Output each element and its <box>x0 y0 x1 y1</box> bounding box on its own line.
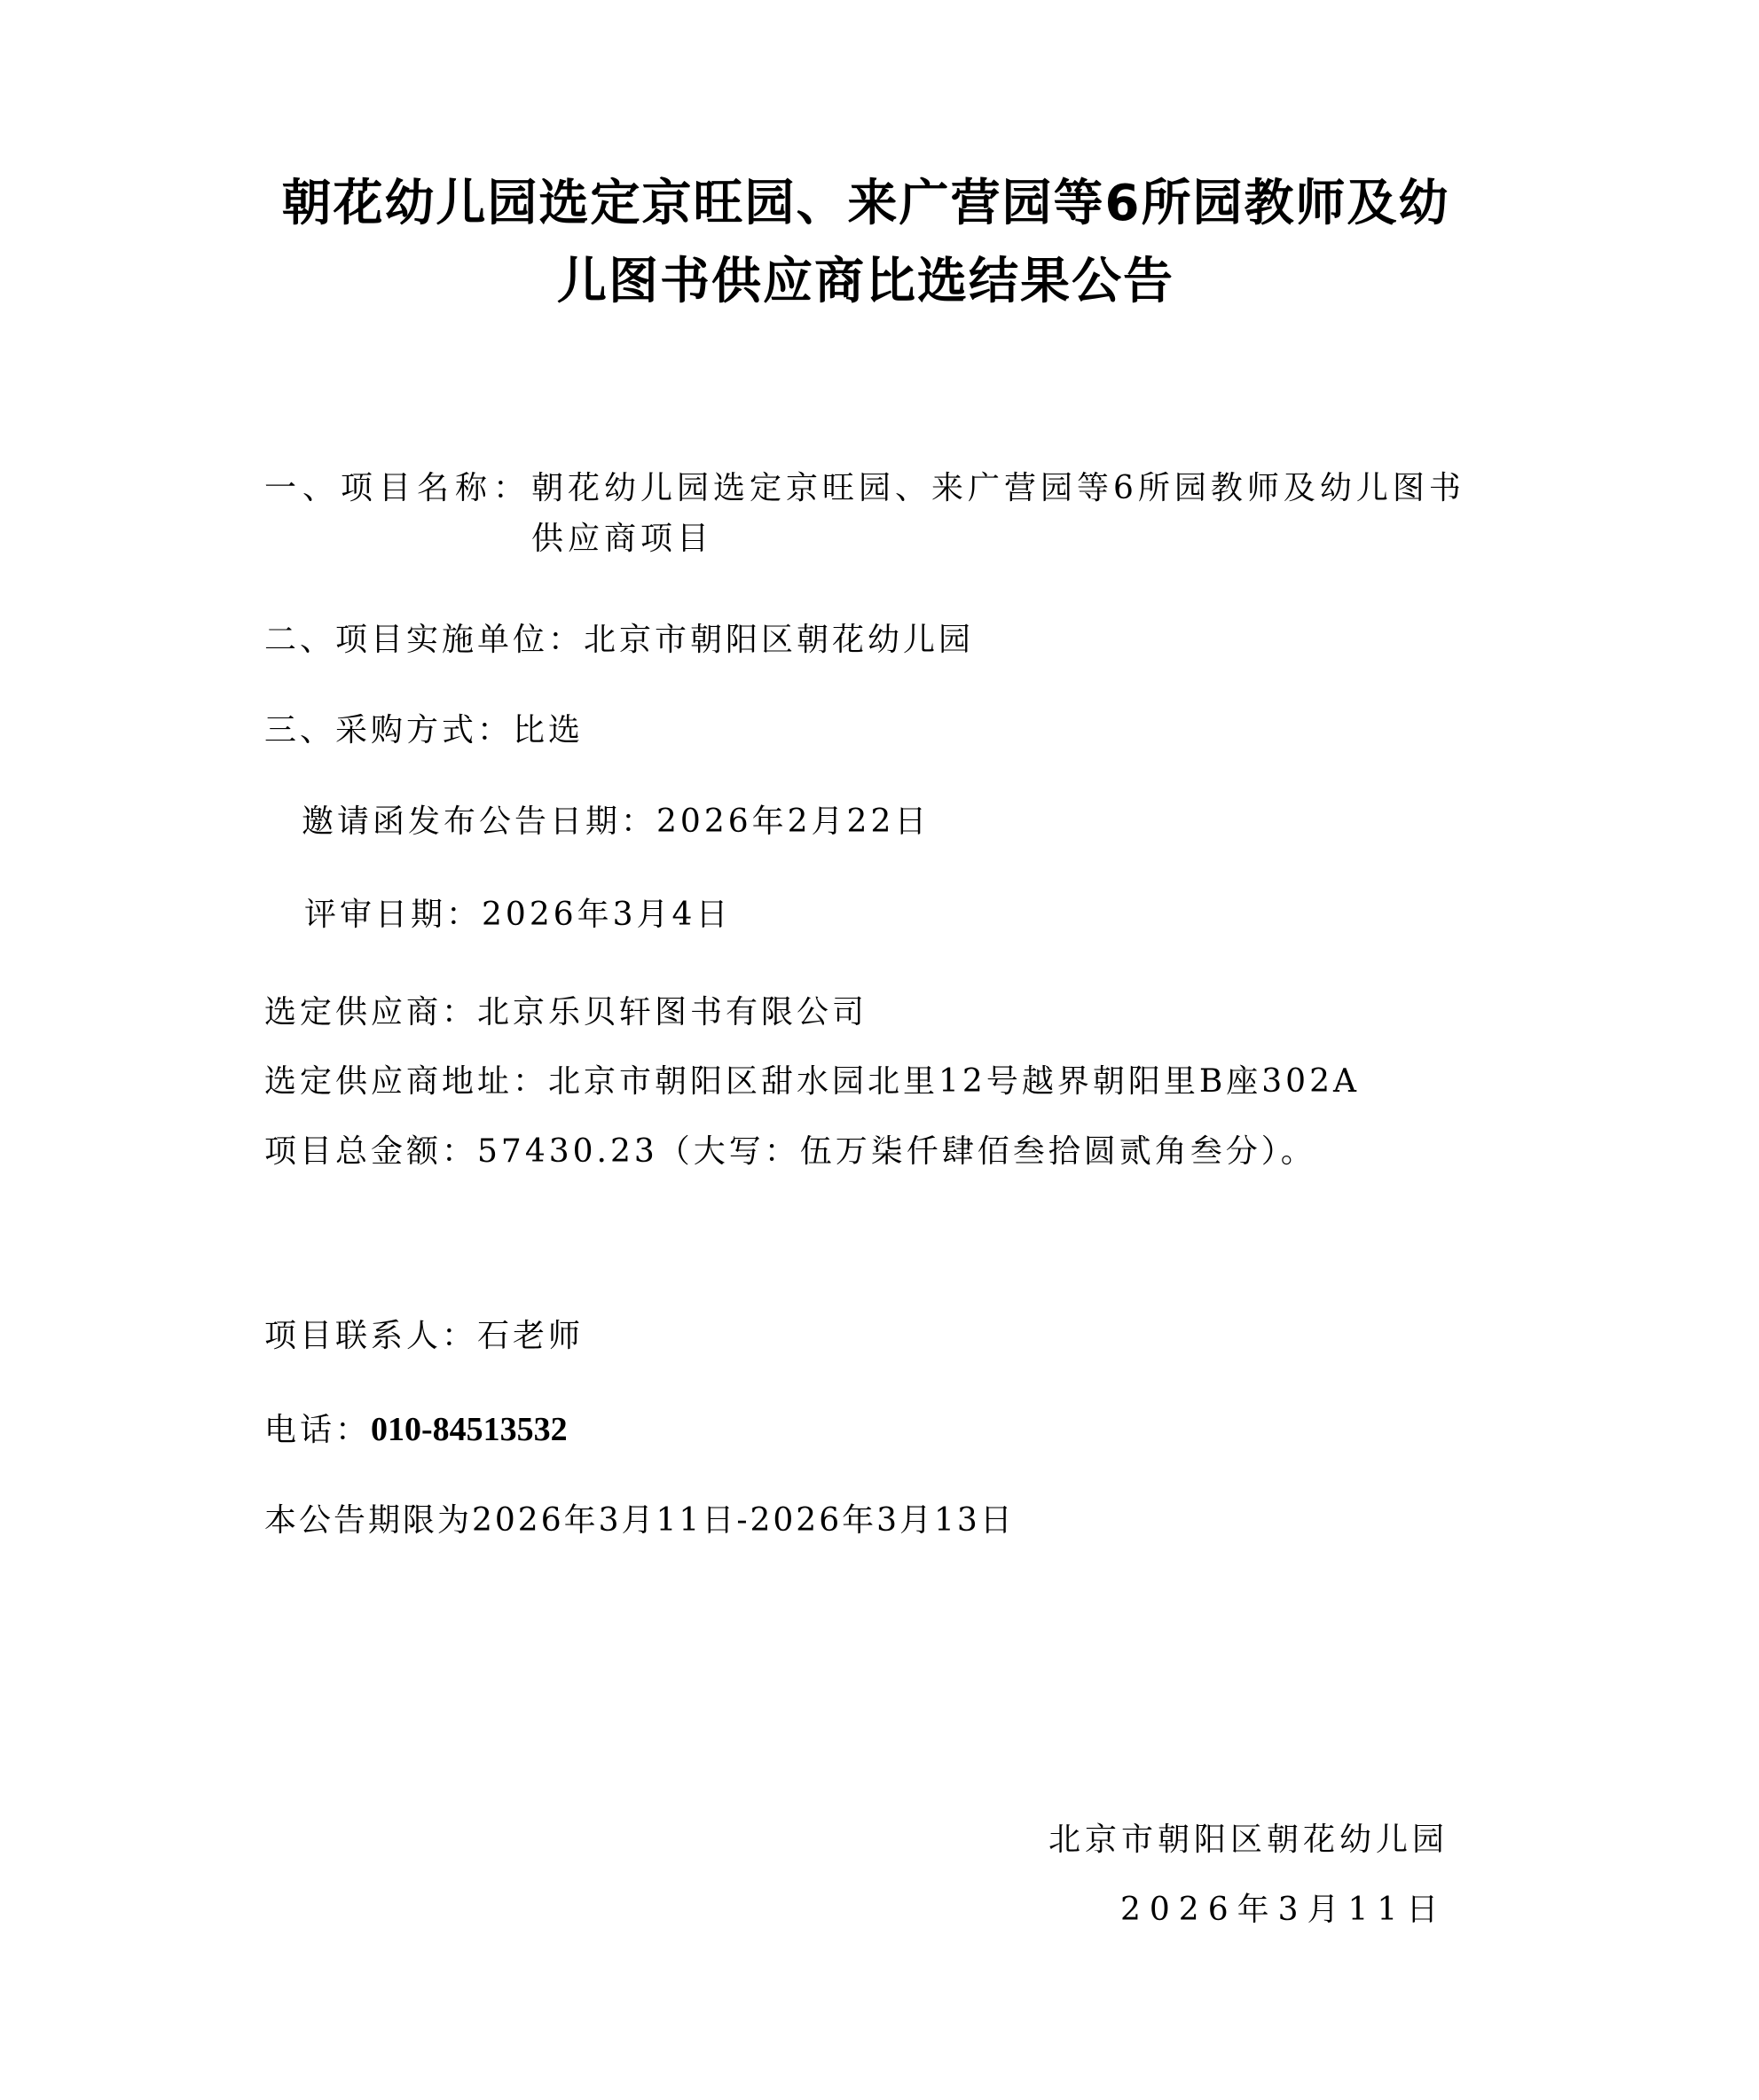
review-date-item: 评审日期：2026年3月4日 <box>304 896 731 935</box>
total-amount-label: 项目总金额： <box>264 1133 477 1170</box>
signature-date: 2026年3月11日 <box>1120 1891 1447 1930</box>
selected-supplier-item: 选定供应商：北京乐贝轩图书有限公司 <box>264 993 868 1032</box>
review-date-label: 评审日期： <box>304 897 482 933</box>
project-name-label: 一、项目名称： <box>264 463 531 513</box>
project-name-value: 朝花幼儿园选定京旺园、来广营园等6所园教师及幼儿图书供应商项目 <box>531 463 1480 564</box>
phone-item: 电话：010-84513532 <box>264 1410 568 1450</box>
implementing-unit-value: 北京市朝阳区朝花幼儿园 <box>584 622 974 658</box>
notice-period: 本公告期限为2026年3月11日-2026年3月13日 <box>264 1501 1015 1540</box>
procurement-method-item: 三、采购方式：比选 <box>264 711 584 750</box>
document-page: 朝花幼儿园选定京旺园、来广营园等6所园教师及幼 儿图书供应商比选结果公告 一、项… <box>0 0 1759 2100</box>
title-line-2: 儿图书供应商比选结果公告 <box>257 243 1474 321</box>
contact-value: 石老师 <box>477 1318 584 1354</box>
selected-supplier-label: 选定供应商： <box>264 994 477 1030</box>
total-amount-value: 57430.23（大写：伍万柒仟肆佰叁拾圆贰角叁分）。 <box>477 1133 1316 1170</box>
supplier-address-label: 选定供应商地址： <box>264 1063 548 1100</box>
project-name-item: 一、项目名称：朝花幼儿园选定京旺园、来广营园等6所园教师及幼儿图书供应商项目 <box>264 463 1480 564</box>
invitation-date-label: 邀请函发布公告日期： <box>302 803 656 840</box>
invitation-date-value: 2026年2月22日 <box>656 803 930 840</box>
procurement-method-value: 比选 <box>513 712 584 748</box>
document-title: 朝花幼儿园选定京旺园、来广营园等6所园教师及幼 儿图书供应商比选结果公告 <box>257 165 1474 321</box>
selected-supplier-value: 北京乐贝轩图书有限公司 <box>477 994 868 1030</box>
invitation-date-item: 邀请函发布公告日期：2026年2月22日 <box>302 803 930 842</box>
phone-value: 010-84513532 <box>371 1411 568 1448</box>
procurement-method-label: 三、采购方式： <box>264 712 513 748</box>
signature-organization: 北京市朝阳区朝花幼儿园 <box>1048 1821 1449 1860</box>
review-date-value: 2026年3月4日 <box>482 897 731 933</box>
supplier-address-item: 选定供应商地址：北京市朝阳区甜水园北里12号越界朝阳里B座302A <box>264 1062 1360 1101</box>
contact-item: 项目联系人：石老师 <box>264 1317 584 1356</box>
supplier-address-value: 北京市朝阳区甜水园北里12号越界朝阳里B座302A <box>548 1063 1360 1100</box>
contact-label: 项目联系人： <box>264 1318 477 1354</box>
implementing-unit-label: 二、项目实施单位： <box>264 622 584 658</box>
phone-label: 电话： <box>264 1412 371 1448</box>
total-amount-item: 项目总金额：57430.23（大写：伍万柒仟肆佰叁拾圆贰角叁分）。 <box>264 1132 1316 1171</box>
implementing-unit-item: 二、项目实施单位：北京市朝阳区朝花幼儿园 <box>264 621 974 660</box>
title-line-1: 朝花幼儿园选定京旺园、来广营园等6所园教师及幼 <box>257 165 1474 243</box>
